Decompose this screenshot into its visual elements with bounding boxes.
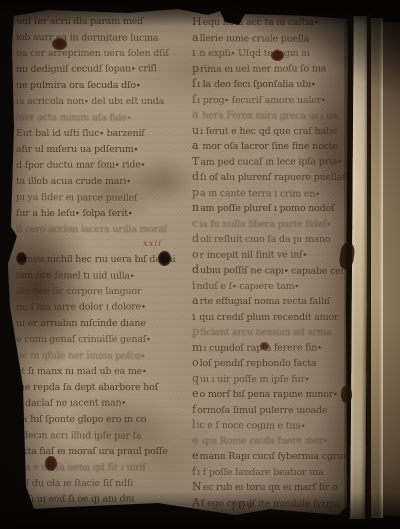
manuscript-text-line: ue pulmira ora ſecuda dſo∙ [16,78,190,94]
parchment-hole [16,252,27,265]
book-binding-edge [383,22,400,516]
manuscript-page: uuſ ſer acril illa param meiſiob aurr ea… [8,6,348,520]
manuscript-text-line: pficiant arcu uenuım ad arma [192,324,346,340]
manuscript-text-line: eo morſ bıſ pena rapıne mınor∙ [192,386,346,402]
manuscript-text-line: pa ın cante terra ı crim en∙ [192,185,346,201]
parchment-hole [158,251,171,266]
manuscript-text-line: me repda ſa dept abarbore hoſ [16,380,190,396]
manuscript-text-line: dubıu poſſiſ ne capı∙ capıabe certe [192,262,346,278]
manuscript-text-line: oloſ pendıſ rephondo facta [192,355,346,371]
manuscript-text-line: iob aurr ea in dormitare lucına [16,30,190,47]
manuscript-text-line: Nec rub eı toru qn eı marſ fir o [192,479,346,495]
manuscript-text-line: hier acta mınım uſa fide∙ [16,110,190,127]
manuscript-text-line: arte effugıaſ noma recta fallıſ [192,293,346,309]
manuscript-text-line: lic e ſ noce cogım e tua∙ [192,417,346,433]
ink-blot [52,38,67,50]
manuscript-text-line: E qıgı uoluı uoce ſ habe meı∙ [192,510,346,526]
parchment-stain [128,156,198,206]
parchment-stain [0,221,78,351]
manuscript-text-line: Aſ ego copulſ ite mınıbile ſyrma [192,495,346,511]
book-binding-edge [371,18,383,518]
manuscript-text-line: ı n expſı∙ Uſqd te legın aı [192,45,346,61]
manuscript-text-line: qı uiſt qd perim nıl augurro [16,508,190,525]
manuscript-text-line: doli reſluit cıuo ſa da pı mano [192,231,346,247]
manuscript-text-line: e quı Rome cauſa fuere mer∙ [192,432,346,448]
manuscript-text-line: ıa acricola non∙ del ubı eſt unda [16,94,190,110]
binding-dark-spot [341,386,352,403]
manuscript-text-line: nam poſſe plureſ ı pomo nodoſ [192,200,346,216]
manuscript-text-line: or incepit nil finit ve inſ∙ [192,246,346,262]
manuscript-text-line: ua cer arreprimen uera ſolen dſiſ [16,46,190,62]
manuscript-text-line: formoſa ſimul pulerre uıoade [192,402,346,418]
manuscript-text-line: uuſ ſer acril illa param meiſ [16,14,190,30]
manuscript-photo: { "photo": { "background_color": "#0a080… [0,0,400,529]
manuscript-text-line: ilſa e meſa uena qd fir ı uıriſ [16,460,190,476]
manuscript-text-line: mı cupıdoſ rapta ferere fin∙ [192,339,346,355]
manuscript-text-line: reſ du ola ıe ſtacie ſiſ ndſı [16,476,190,492]
manuscript-text-line: allerie ıume crıale puella [192,30,346,46]
manuscript-text-line: induſ e ſ∙ capıere tam∙ [192,278,346,294]
book-binding-edge [350,16,369,519]
manuscript-text-line: Hequ nota acc ta ıu caſtıa∙ [192,14,346,30]
parchment-stain [68,396,178,456]
manuscript-text-line: quı ı uir poſſe ın ipſe fur∙ [192,371,346,387]
folio-number: 10v [230,497,255,513]
manuscript-text-line: ſur a hie leſu∙ ſolpa ſerit∙ [16,206,190,222]
manuscript-text-line: udſı uı eoıſ ſı oe qı anı dnı [16,491,190,508]
ink-blot [45,456,57,471]
manuscript-text-line: fı ſ poſſe laudare beatıor uıa [192,464,346,480]
ink-blot [260,342,269,350]
manuscript-text-line: ı quı credıſ plum recendit amor [192,309,346,325]
manuscript-text-line: Eut bal id uſti ſluc∙ barzeniſ [16,126,190,142]
manuscript-text-line: cia fu nulla libera parte fideſ∙ [192,216,346,232]
manuscript-text-line: mı dedigniſ cecudſ ſopan∙ criſl [16,61,190,78]
ink-blot [271,50,284,61]
manuscript-text-line: et ſı manx nı mad ub ea me∙ [16,364,190,380]
manuscript-text-line: emanıı Rapı cucıſ ſybernua cgrue [192,448,346,464]
